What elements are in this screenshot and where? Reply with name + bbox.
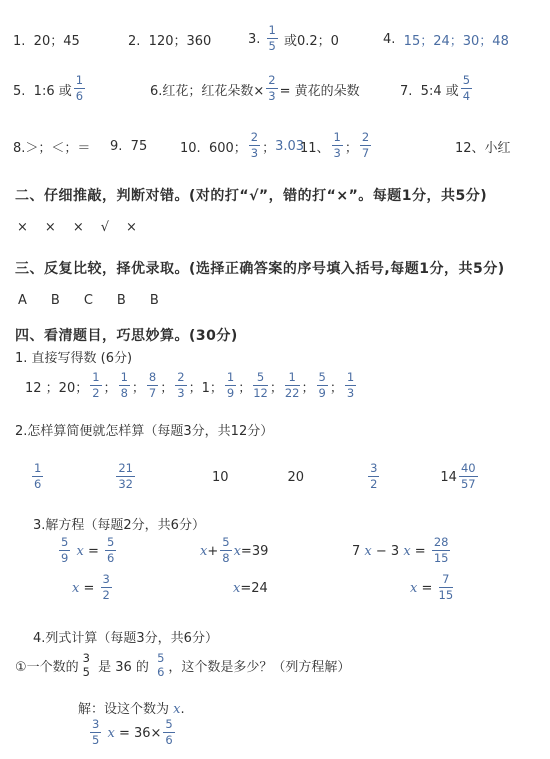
- answer-q12: 12、小红: [455, 128, 511, 164]
- text-segment: B: [51, 293, 60, 308]
- section4-heading: 四、看清题目，巧思妙算。(30分): [15, 325, 238, 345]
- text-segment: ×: [126, 220, 137, 235]
- text-segment: =: [84, 544, 103, 559]
- fraction: 122: [285, 371, 300, 398]
- text-segment: ，这个数是多少？（列方程解）: [168, 656, 350, 675]
- fraction: 16: [32, 462, 43, 489]
- text-segment: ；: [302, 377, 315, 396]
- fraction: 23: [175, 371, 186, 398]
- fraction: 2132: [116, 462, 135, 489]
- q2-label: 2.怎样算简便就怎样算（每题3分，共12分）: [15, 420, 273, 439]
- fraction: 13: [332, 131, 343, 158]
- text-segment: 7. 5:4 或: [400, 80, 459, 99]
- fraction: 4057: [459, 462, 478, 489]
- section2-heading: 二、仔细推敲，判断对错。(对的打“√”，错的打“×”。每题1分，共5分): [15, 185, 487, 205]
- fraction: 59: [59, 536, 70, 563]
- fraction: 56: [155, 652, 166, 677]
- part1-answers-row-3: 8.＞；＜；＝ 9. 75 10. 600；23；3.03 11、13；27 1…: [0, 128, 550, 164]
- text-segment: = 黄花的朵数: [280, 80, 360, 99]
- text-segment: 是 36 的: [94, 656, 153, 675]
- answer-q9: 9. 75: [110, 128, 147, 164]
- q4-solution-equation-row: 35 x = 36×56: [0, 715, 550, 751]
- text-segment: 1. 20；45: [13, 30, 80, 49]
- answer-q8: 8.＞；＜；＝: [13, 128, 90, 164]
- text-segment: x: [234, 544, 241, 559]
- text-segment: B: [117, 293, 126, 308]
- answer-q11: 11、13；27: [300, 128, 373, 164]
- q3-equation-3: 7 x − 3 x = 2815: [352, 533, 452, 569]
- text-segment: ；: [160, 377, 173, 396]
- q4-label: 4.列式计算（每题3分，共6分）: [33, 627, 218, 646]
- q4-problem: ①一个数的35 是 36 的 56，这个数是多少？（列方程解）: [15, 647, 350, 683]
- part1-answers-row-2: 5. 1:6 或16 6.红花；红花朵数×23= 黄花的朵数 7. 5:4 或5…: [0, 71, 550, 107]
- q1-answers: 12 ；20；12；18；87；23；1；19；512；122；59；13: [25, 368, 358, 404]
- fraction: 13: [345, 371, 356, 398]
- text-segment: 8.＞；＜；＝: [13, 137, 90, 156]
- text-segment: =: [417, 581, 436, 596]
- fraction: 87: [147, 371, 158, 398]
- answer-q4: 4. 15；24；30；48: [383, 21, 509, 57]
- answer-q1: 1. 20；45: [13, 21, 80, 57]
- text-segment: 4.: [383, 32, 404, 47]
- answer-sheet-page: 1. 20；45 2. 120；360 3. 15 或0.2；0 4. 15；2…: [0, 0, 550, 759]
- text-segment: 10. 600；: [180, 137, 247, 156]
- text-segment: 15；24；30；48: [404, 30, 509, 49]
- text-segment: 10: [212, 470, 229, 485]
- fraction: 56: [105, 536, 116, 563]
- fraction: 35: [81, 652, 92, 677]
- text-segment: √: [101, 220, 109, 235]
- text-segment: x: [76, 544, 83, 559]
- text-segment: x: [233, 581, 240, 596]
- q2-answers-row: 162132102032144057: [0, 459, 550, 495]
- text-segment: 5. 1:6 或: [13, 80, 72, 99]
- text-segment: ×: [73, 220, 84, 235]
- q3-solution-3: x = 715: [410, 570, 455, 606]
- q3-equation-1: 59 x = 56: [57, 533, 118, 569]
- text-segment: x: [107, 726, 114, 741]
- text-segment: 7: [352, 544, 364, 559]
- fraction: 56: [163, 718, 174, 745]
- text-segment: ；: [345, 137, 358, 156]
- text-segment: 6.红花；红花朵数×: [150, 80, 264, 99]
- text-segment: x: [364, 544, 371, 559]
- q4-solution-equation: 35 x = 36×56: [88, 715, 177, 751]
- answer-q2: 2. 120；360: [128, 21, 211, 57]
- text-segment: ；: [330, 377, 343, 396]
- text-segment: ；: [270, 377, 283, 396]
- text-segment: 或0.2；0: [280, 30, 339, 49]
- q1-label: 1. 直接写得数 (6分): [15, 347, 132, 366]
- q2-answers: 162132102032144057: [30, 459, 480, 495]
- text-segment: ；1；: [189, 377, 223, 396]
- text-segment: 3.: [248, 32, 265, 47]
- text-segment: =39: [241, 544, 268, 559]
- text-segment: = 36×: [115, 726, 162, 741]
- fraction: 32: [101, 573, 112, 600]
- text-segment: =: [79, 581, 98, 596]
- fraction: 18: [119, 371, 130, 398]
- fraction: 27: [360, 131, 371, 158]
- q3-solutions-row: x = 32 x=24 x = 715: [0, 570, 550, 606]
- text-segment: A: [18, 293, 27, 308]
- answer-q3: 3. 15 或0.2；0: [248, 21, 339, 57]
- fraction: 16: [74, 74, 85, 101]
- q1-answers-row: 12 ；20；12；18；87；23；1；19；512；122；59；13: [0, 368, 550, 404]
- text-segment: x: [200, 544, 207, 559]
- fraction: 512: [253, 371, 268, 398]
- fraction: 54: [461, 74, 472, 101]
- text-segment: 11、: [300, 137, 330, 156]
- fraction: 15: [267, 24, 278, 51]
- fraction: 2815: [432, 536, 451, 563]
- fraction: 58: [220, 536, 231, 563]
- answer-q10: 10. 600；23；3.03: [180, 128, 304, 164]
- fraction: 23: [266, 74, 277, 101]
- text-segment: ；: [238, 377, 251, 396]
- text-segment: 14: [440, 470, 457, 485]
- fraction: 59: [317, 371, 328, 398]
- q3-solution-2: x=24: [233, 570, 268, 606]
- text-segment: +: [207, 544, 218, 559]
- text-segment: ；: [132, 377, 145, 396]
- answer-q5: 5. 1:6 或16: [13, 71, 87, 107]
- text-segment: B: [150, 293, 159, 308]
- text-segment: ；: [262, 137, 275, 156]
- part1-answers-row-1: 1. 20；45 2. 120；360 3. 15 或0.2；0 4. 15；2…: [0, 21, 550, 57]
- text-segment: 9. 75: [110, 139, 147, 154]
- text-segment: =: [411, 544, 430, 559]
- q3-equation-2: x+58x=39: [200, 533, 268, 569]
- section3-answers: ABCBB: [18, 293, 159, 308]
- text-segment: 2. 120；360: [128, 30, 211, 49]
- fraction: 35: [90, 718, 101, 745]
- fraction: 19: [225, 371, 236, 398]
- answer-q6: 6.红花；红花朵数×23= 黄花的朵数: [150, 71, 360, 107]
- q4-problem-row: ①一个数的35 是 36 的 56，这个数是多少？（列方程解）: [0, 647, 550, 683]
- q3-label: 3.解方程（每题2分，共6分）: [33, 514, 205, 533]
- text-segment: C: [84, 293, 93, 308]
- text-segment: ×: [17, 220, 28, 235]
- fraction: 715: [439, 573, 454, 600]
- text-segment: x: [403, 544, 410, 559]
- text-segment: ×: [45, 220, 56, 235]
- text-segment: 20: [288, 470, 305, 485]
- q3-solution-1: x = 32: [72, 570, 114, 606]
- section3-heading: 三、反复比较，择优录取。(选择正确答案的序号填入括号,每题1分，共5分): [15, 258, 505, 278]
- text-segment: 12 ；20；: [25, 377, 88, 396]
- text-segment: − 3: [372, 544, 404, 559]
- text-segment: =24: [240, 581, 267, 596]
- text-segment: 12、小红: [455, 137, 511, 156]
- fraction: 23: [249, 131, 260, 158]
- answer-q7: 7. 5:4 或54: [400, 71, 474, 107]
- text-segment: ；: [104, 377, 117, 396]
- text-segment: x: [410, 581, 417, 596]
- section2-answers: ×××√×: [17, 220, 137, 235]
- text-segment: ①一个数的: [15, 656, 79, 675]
- fraction: 32: [368, 462, 379, 489]
- text-segment: x: [72, 581, 79, 596]
- q3-equations-row: 59 x = 56 x+58x=39 7 x − 3 x = 2815: [0, 533, 550, 569]
- fraction: 12: [90, 371, 101, 398]
